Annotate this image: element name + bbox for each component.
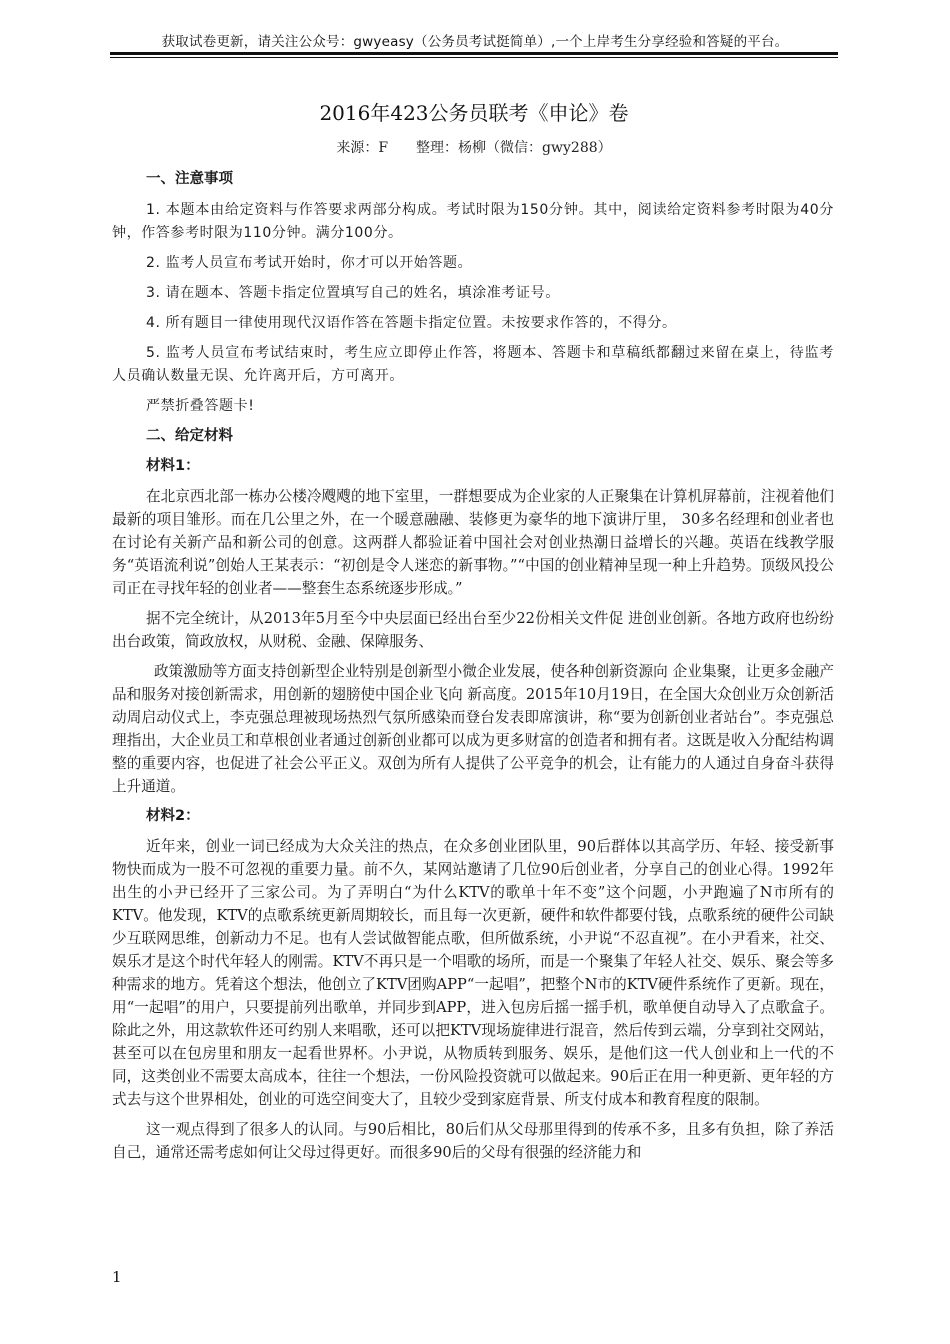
page-number: 1 xyxy=(112,1268,122,1286)
notice-item-4: 4. 所有题目一律使用现代汉语作答在答题卡指定位置。未按要求作答的，不得分。 xyxy=(112,312,834,335)
header-promo-note: 获取试卷更新，请关注公众号：gwyeasy（公务员考试挺简单）,一个上岸考生分享… xyxy=(112,30,838,50)
material-2-paragraph-1: 近年来，创业一词已经成为大众关注的热点，在众多创业团队里，90后群体以其高学历、… xyxy=(112,835,834,1111)
page-title: 2016年423公务员联考《申论》卷 xyxy=(110,97,838,126)
document-body: 一、注意事项 1. 本题本由给定资料与作答要求两部分构成。考试时限为150分钟。… xyxy=(112,168,834,1164)
notice-item-5: 5. 监考人员宣布考试结束时，考生应立即停止作答，将题本、答题卡和草稿纸都翻过来… xyxy=(112,342,834,388)
section-heading-materials: 二、给定材料 xyxy=(112,425,834,448)
material-2-label: 材料2： xyxy=(112,805,834,828)
material-2-paragraph-2: 这一观点得到了很多人的认同。与90后相比，80后们从父母那里得到的传承不多，且多… xyxy=(112,1118,834,1164)
material-1-paragraph-2: 据不完全统计，从2013年5月至今中央层面已经出台至少22份相关文件促 进创业创… xyxy=(112,607,834,653)
header-divider-thick xyxy=(110,52,838,55)
document-page: 获取试卷更新，请关注公众号：gwyeasy（公务员考试挺简单）,一个上岸考生分享… xyxy=(0,0,950,1344)
material-1-label: 材料1： xyxy=(112,455,834,478)
notice-warning: 严禁折叠答题卡! xyxy=(112,395,834,418)
section-heading-notice: 一、注意事项 xyxy=(112,168,834,191)
header-divider-thin xyxy=(110,57,838,58)
notice-item-3: 3. 请在题本、答题卡指定位置填写自己的姓名，填涂准考证号。 xyxy=(112,282,834,305)
material-1-paragraph-1: 在北京西北部一栋办公楼冷飕飕的地下室里，一群想要成为企业家的人正聚集在计算机屏幕… xyxy=(112,485,834,600)
notice-item-2: 2. 监考人员宣布考试开始时，你才可以开始答题。 xyxy=(112,252,834,275)
material-1-paragraph-3: 政策激励等方面支持创新型企业特别是创新型小微企业发展，使各种创新资源向 企业集聚… xyxy=(112,660,834,798)
page-subtitle: 来源：F 整理：杨柳（微信：gwy288） xyxy=(110,137,838,157)
notice-item-1: 1. 本题本由给定资料与作答要求两部分构成。考试时限为150分钟。其中，阅读给定… xyxy=(112,199,834,245)
